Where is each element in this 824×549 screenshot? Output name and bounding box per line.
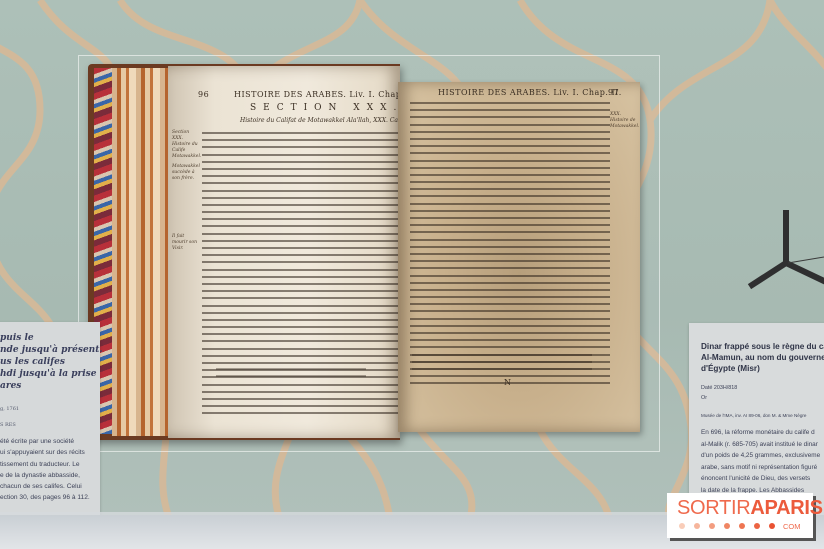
- section-title: SECTION XXX.: [250, 103, 403, 113]
- section-subtitle: Histoire du Califat de Motawakkel Ala'll…: [240, 117, 410, 124]
- label-left-body: été écrite par une société ui s'appuyaie…: [0, 436, 90, 504]
- logo-dot-icon: [754, 523, 760, 529]
- logo-text-bold: APARIS: [750, 497, 822, 519]
- label-right-material: Or: [701, 395, 707, 401]
- label-left-reference: S RES: [0, 422, 16, 428]
- right-margin-note: XXX. Histoire de Motawakkel.: [610, 112, 636, 130]
- right-page-body-text: [410, 102, 610, 390]
- left-page: 96 HISTOIRE DES ARABES. Liv. I. Chap. II…: [168, 66, 400, 438]
- left-margin-note: Il fait mourir son Visir.: [172, 234, 198, 252]
- label-left-title: puis le nde jusqu'à présent. us les cali…: [0, 332, 103, 392]
- logo-suffix: COM: [783, 522, 801, 531]
- logo-dot-icon: [769, 523, 775, 529]
- signature-mark: N: [504, 378, 512, 387]
- logo-wordmark: SORTIRAPARIS: [677, 497, 823, 520]
- logo-dot-icon: [724, 523, 730, 529]
- label-right-provenance: Musée de l'IMA, inv. AI 89-06, don M. & …: [701, 413, 806, 418]
- right-page: HISTOIRE DES ARABES. Liv. I. Chap. II. 9…: [398, 82, 640, 432]
- left-page-footnote: [216, 368, 366, 382]
- left-margin-note: Section XXX. Histoire du Calife Motawakk…: [172, 130, 198, 160]
- logo-dot-icon: [679, 523, 685, 529]
- label-left-date: g, 1761: [0, 406, 19, 412]
- left-margin-note: Motawakkel succède à son frère.: [172, 164, 198, 182]
- left-running-head: HISTOIRE DES ARABES. Liv. I. Chap. II.: [234, 90, 418, 99]
- right-running-head: HISTOIRE DES ARABES. Liv. I. Chap. II.: [438, 88, 622, 97]
- sortiraparis-logo: SORTIRAPARIS COM: [667, 493, 813, 538]
- right-page-footnote: [412, 354, 592, 376]
- right-page-number: 97: [608, 88, 619, 97]
- logo-text-light: SORTIR: [677, 497, 750, 519]
- label-right-date: Daté 203H/818: [701, 385, 737, 391]
- left-page-number: 96: [198, 90, 209, 99]
- logo-dot-icon: [739, 523, 745, 529]
- logo-dots: [679, 523, 775, 529]
- book-stand-icon: [740, 205, 824, 295]
- logo-dot-icon: [709, 523, 715, 529]
- label-right-title: Dinar frappé sous le règne du cal Al-Mam…: [701, 341, 824, 374]
- exhibit-label-left: puis le nde jusqu'à présent. us les cali…: [0, 322, 100, 522]
- logo-dot-icon: [694, 523, 700, 529]
- page-fore-edge: [112, 68, 170, 436]
- antique-book: 96 HISTOIRE DES ARABES. Liv. I. Chap. II…: [88, 62, 648, 442]
